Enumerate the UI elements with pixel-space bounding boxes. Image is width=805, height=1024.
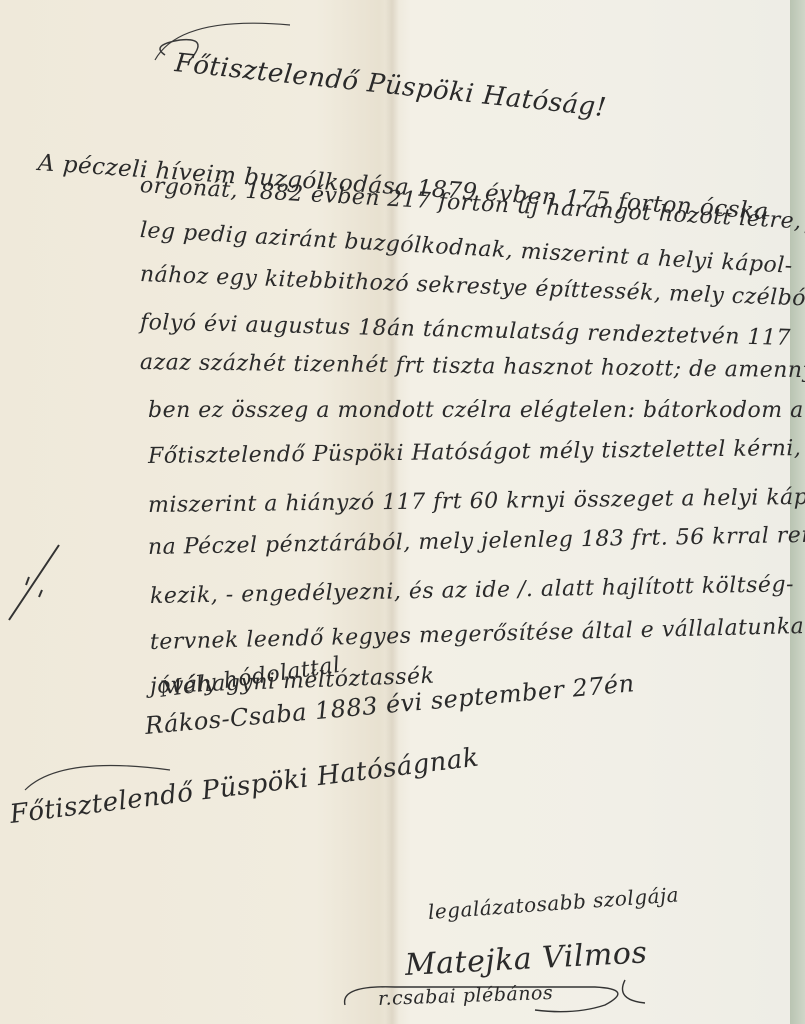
body-line: ben ez összeg a mondott czélra elégtelen… bbox=[148, 398, 804, 423]
green-background-edge bbox=[790, 0, 805, 1024]
margin-reference-mark bbox=[4, 535, 64, 635]
